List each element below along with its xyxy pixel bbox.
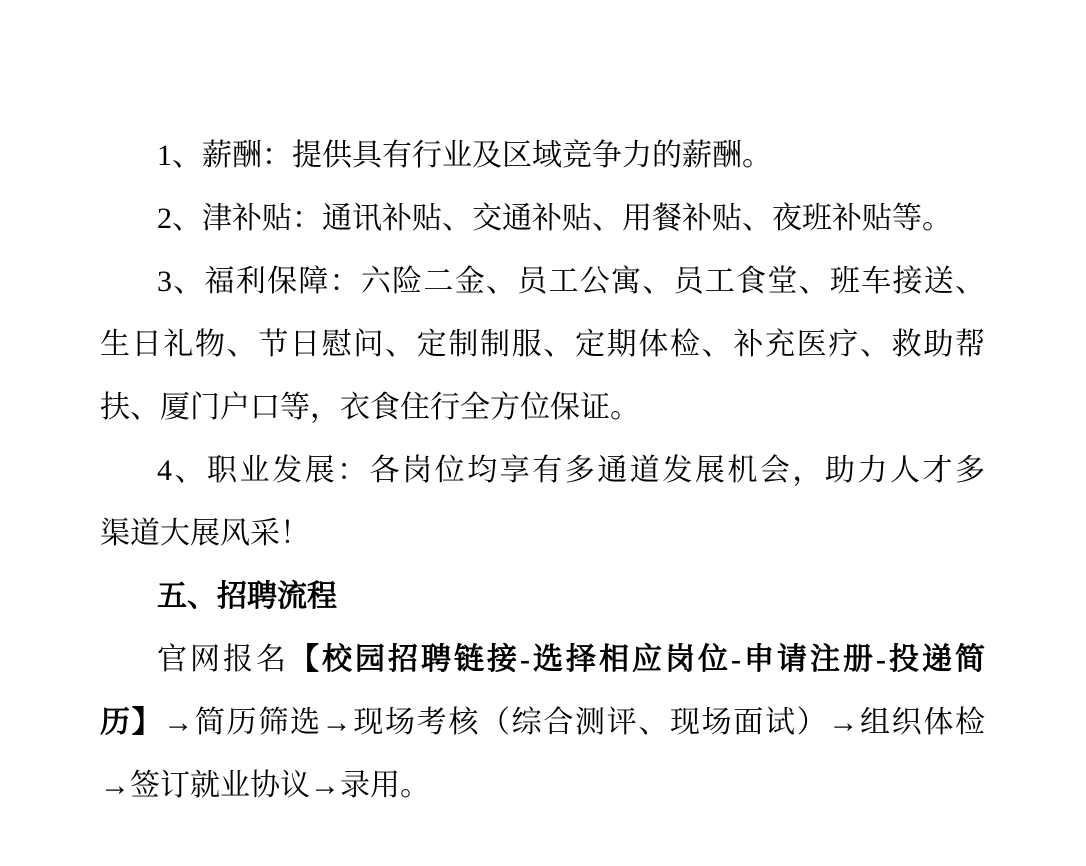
text-segment: 3、福利保障：六险二金、员工公寓、员工食堂、班车接送、 (157, 265, 985, 298)
text-segment: →签订就业协议→录用。 (100, 769, 430, 802)
bold-text-segment: 五、招聘流程 (157, 580, 337, 613)
document-text-block: 1、薪酬：提供具有行业及区域竞争力的薪酬。2、津补贴：通讯补贴、交通补贴、用餐补… (100, 124, 985, 817)
text-segment: 扶、厦门户口等，衣食住行全方位保证。 (100, 391, 640, 424)
benefit-allowances: 2、津补贴：通讯补贴、交通补贴、用餐补贴、夜班补贴等。 (100, 187, 985, 250)
text-segment: 生日礼物、节日慰问、定制制服、定期体检、补充医疗、救助帮 (100, 328, 985, 361)
benefit-welfare-line-3: 扶、厦门户口等，衣食住行全方位保证。 (100, 376, 985, 439)
benefit-career-line-1: 4、职业发展：各岗位均享有多通道发展机会，助力人才多 (100, 439, 985, 502)
benefit-welfare-line-2: 生日礼物、节日慰问、定制制服、定期体检、补充医疗、救助帮 (100, 313, 985, 376)
text-segment: 官网报名 (157, 643, 289, 676)
benefit-welfare-line-1: 3、福利保障：六险二金、员工公寓、员工食堂、班车接送、 (100, 250, 985, 313)
bold-text-segment: 【校园招聘链接-选择相应岗位-申请注册-投递简 (289, 643, 985, 676)
process-line-3: →签订就业协议→录用。 (100, 754, 985, 817)
text-segment: 4、职业发展：各岗位均享有多通道发展机会，助力人才多 (157, 454, 985, 487)
text-segment: 1、薪酬：提供具有行业及区域竞争力的薪酬。 (157, 139, 772, 172)
bold-text-segment: 历】 (100, 706, 163, 739)
benefit-salary: 1、薪酬：提供具有行业及区域竞争力的薪酬。 (100, 124, 985, 187)
section-heading-recruitment-process: 五、招聘流程 (100, 565, 985, 628)
process-line-1: 官网报名【校园招聘链接-选择相应岗位-申请注册-投递简 (100, 628, 985, 691)
benefit-career-line-2: 渠道大展风采！ (100, 502, 985, 565)
text-segment: 渠道大展风采！ (100, 517, 310, 550)
text-segment: →简历筛选→现场考核（综合测评、现场面试）→组织体检 (163, 706, 985, 739)
process-line-2: 历】→简历筛选→现场考核（综合测评、现场面试）→组织体检 (100, 691, 985, 754)
text-segment: 2、津补贴：通讯补贴、交通补贴、用餐补贴、夜班补贴等。 (157, 202, 952, 235)
document-page: 1、薪酬：提供具有行业及区域竞争力的薪酬。2、津补贴：通讯补贴、交通补贴、用餐补… (0, 0, 1086, 866)
